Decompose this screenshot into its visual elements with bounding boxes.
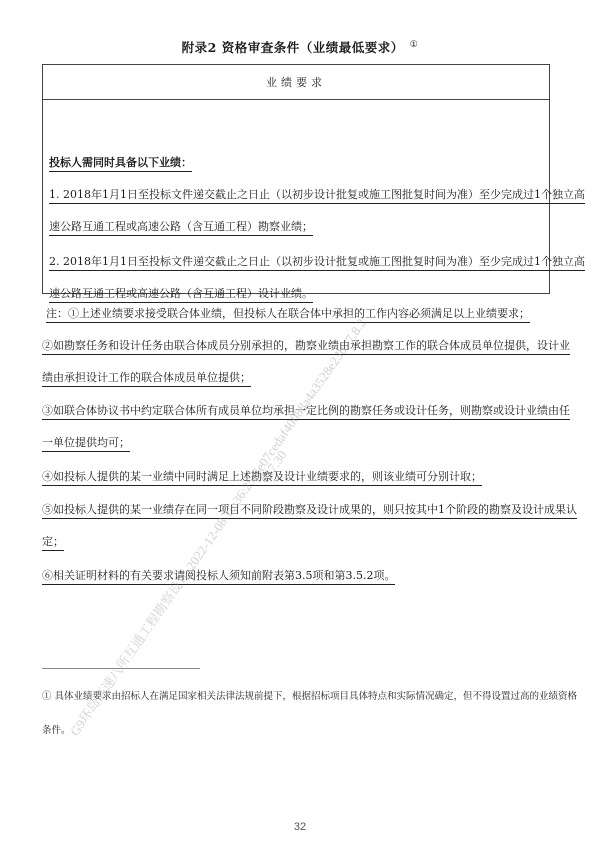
requirement-1-line1: 1. 2018年1月1日至投标文件递交截止之日止（以初步设计批复或施工图批复时间… bbox=[49, 188, 585, 204]
note-3-line2: 一单位提供均可； bbox=[42, 436, 130, 452]
requirements-table: 业绩要求 投标人需同时具备以下业绩： 1. 2018年1月1日至投标文件递交截止… bbox=[42, 64, 550, 294]
table-header: 业绩要求 bbox=[43, 65, 549, 100]
page-number: 32 bbox=[0, 821, 600, 833]
footnote-divider bbox=[42, 668, 200, 669]
note-6: ⑥相关证明材料的有关要求请阅投标人须知前附表第3.5项和第3.5.2项。 bbox=[42, 569, 395, 585]
requirement-1-line2: 速公路互通工程或高速公路（含互通工程）勘察业绩； bbox=[49, 220, 313, 236]
requirement-2-line2: 速公路互通工程或高速公路（含互通工程）设计业绩。 bbox=[49, 287, 313, 303]
requirement-2-line1: 2. 2018年1月1日至投标文件递交截止之日止（以初步设计批复或施工图批复时间… bbox=[49, 255, 585, 271]
table-intro: 投标人需同时具备以下业绩： bbox=[49, 156, 192, 172]
note-2-line1: ②如勘察任务和设计任务由联合体成员分别承担的，勘察业绩由承担勘察工作的联合体成员… bbox=[42, 339, 570, 355]
note-2-line2: 绩由承担设计工作的联合体成员单位提供； bbox=[42, 371, 251, 387]
note-1: 注：①上述业绩要求接受联合体业绩，但投标人在联合体中承担的工作内容必须满足以上业… bbox=[46, 307, 530, 323]
title-footnote-mark: ① bbox=[410, 40, 419, 50]
footnote-line2: 条件。 bbox=[42, 722, 71, 736]
note-5-line2: 定； bbox=[42, 535, 64, 551]
note-4: ④如投标人提供的某一业绩中同时满足上述勘察及设计业绩要求的，则该业绩可分别计取； bbox=[42, 470, 482, 486]
page-title-text: 附录2 资格审查条件（业绩最低要求） bbox=[182, 40, 404, 55]
note-3-line1: ③如联合体协议书中约定联合体所有成员单位均承担一定比例的勘察任务或设计任务，则勘… bbox=[42, 404, 570, 420]
footnote-line1: ① 具体业绩要求由招标人在满足国家相关法律法规前提下，根据招标项目具体特点和实际… bbox=[42, 688, 577, 702]
page-title: 附录2 资格审查条件（业绩最低要求）① bbox=[0, 38, 600, 56]
note-5-line1: ⑤如投标人提供的某一业绩存在同一项目不同阶段勘察及设计成果的，则只按其中1个阶段… bbox=[42, 503, 577, 519]
